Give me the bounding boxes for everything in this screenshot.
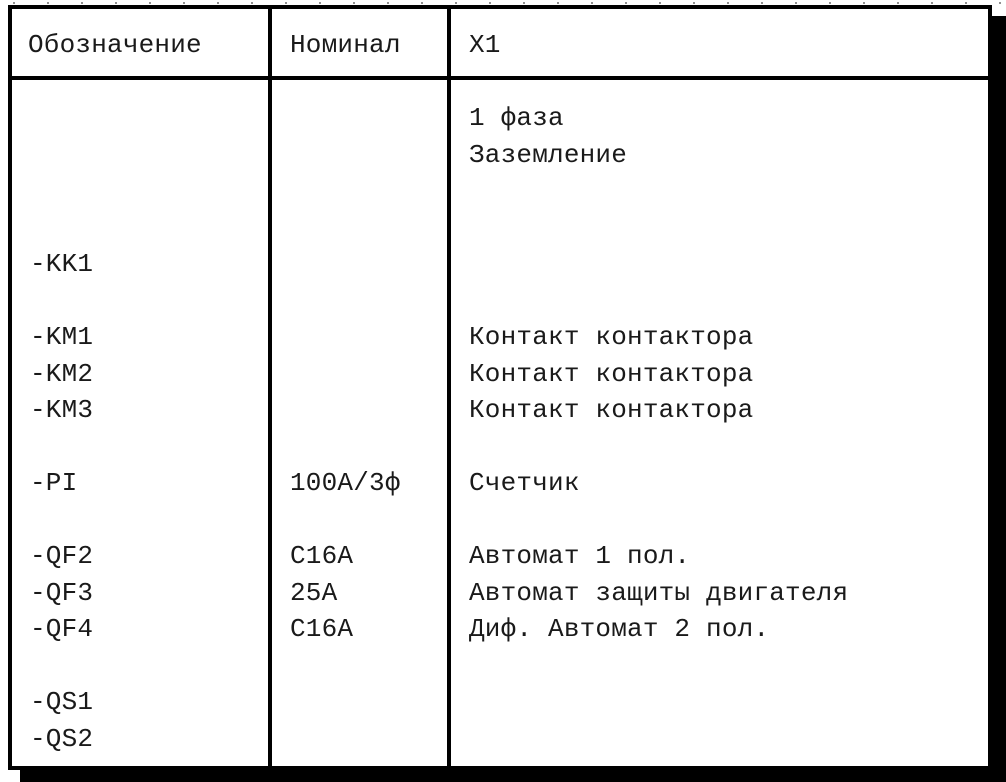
description-cell: Счетчик [469, 465, 848, 502]
rating-cell [290, 210, 401, 247]
designation-cell [30, 283, 93, 320]
header-designation: Обозначение [28, 27, 202, 64]
designation-cell [30, 502, 93, 539]
rating-cell: C16A [290, 611, 401, 648]
designation-cell: -QF2 [30, 538, 93, 575]
designation-cell: -QF4 [30, 611, 93, 648]
description-cell [469, 246, 848, 283]
rating-cell [290, 356, 401, 393]
rating-cell [290, 246, 401, 283]
designation-cell: -KM2 [30, 356, 93, 393]
description-cell [469, 210, 848, 247]
rating-cell [290, 429, 401, 466]
header-rating: Номинал [290, 27, 401, 64]
rating-cell [290, 721, 401, 758]
rating-cell [290, 100, 401, 137]
designation-cell: -KM3 [30, 392, 93, 429]
description-cell: Автомат защиты двигателя [469, 575, 848, 612]
description-cell: Заземление [469, 137, 848, 174]
rating-cell [290, 648, 401, 685]
designation-cell: -PI [30, 465, 93, 502]
designation-cell [30, 137, 93, 174]
column-designation: -KK1-KM1-KM2-KM3-PI-QF2-QF3-QF4-QS1-QS2 [30, 100, 93, 757]
description-cell [469, 173, 848, 210]
description-cell: Диф. Автомат 2 пол. [469, 611, 848, 648]
description-cell [469, 429, 848, 466]
description-cell [469, 648, 848, 685]
designation-cell [30, 210, 93, 247]
rating-cell [290, 137, 401, 174]
description-cell: Контакт контактора [469, 392, 848, 429]
rating-cell [290, 684, 401, 721]
rating-cell [290, 173, 401, 210]
column-divider-1 [268, 9, 272, 766]
description-cell: 1 фаза [469, 100, 848, 137]
designation-cell: -QS1 [30, 684, 93, 721]
designation-cell: -QS2 [30, 721, 93, 758]
component-table: Обозначение Номинал X1 -KK1-KM1-KM2-KM3-… [8, 5, 992, 770]
designation-cell [30, 648, 93, 685]
rating-cell [290, 502, 401, 539]
description-cell: Автомат 1 пол. [469, 538, 848, 575]
rating-cell: C16A [290, 538, 401, 575]
designation-cell [30, 100, 93, 137]
column-divider-2 [447, 9, 451, 766]
rating-cell: 100А/3ф [290, 465, 401, 502]
designation-cell: -KM1 [30, 319, 93, 356]
designation-cell [30, 429, 93, 466]
description-cell [469, 721, 848, 758]
description-cell [469, 283, 848, 320]
column-description: 1 фазаЗаземлениеКонтакт контактораКонтак… [469, 100, 848, 757]
rating-cell [290, 319, 401, 356]
description-cell: Контакт контактора [469, 319, 848, 356]
description-cell [469, 502, 848, 539]
column-rating: 100А/3фC16A25AC16A [290, 100, 401, 757]
header-terminal-x1: X1 [469, 27, 501, 64]
rating-cell [290, 392, 401, 429]
header-divider [12, 76, 988, 80]
designation-cell [30, 173, 93, 210]
designation-cell: -QF3 [30, 575, 93, 612]
rating-cell [290, 283, 401, 320]
rating-cell: 25A [290, 575, 401, 612]
description-cell [469, 684, 848, 721]
description-cell: Контакт контактора [469, 356, 848, 393]
designation-cell: -KK1 [30, 246, 93, 283]
